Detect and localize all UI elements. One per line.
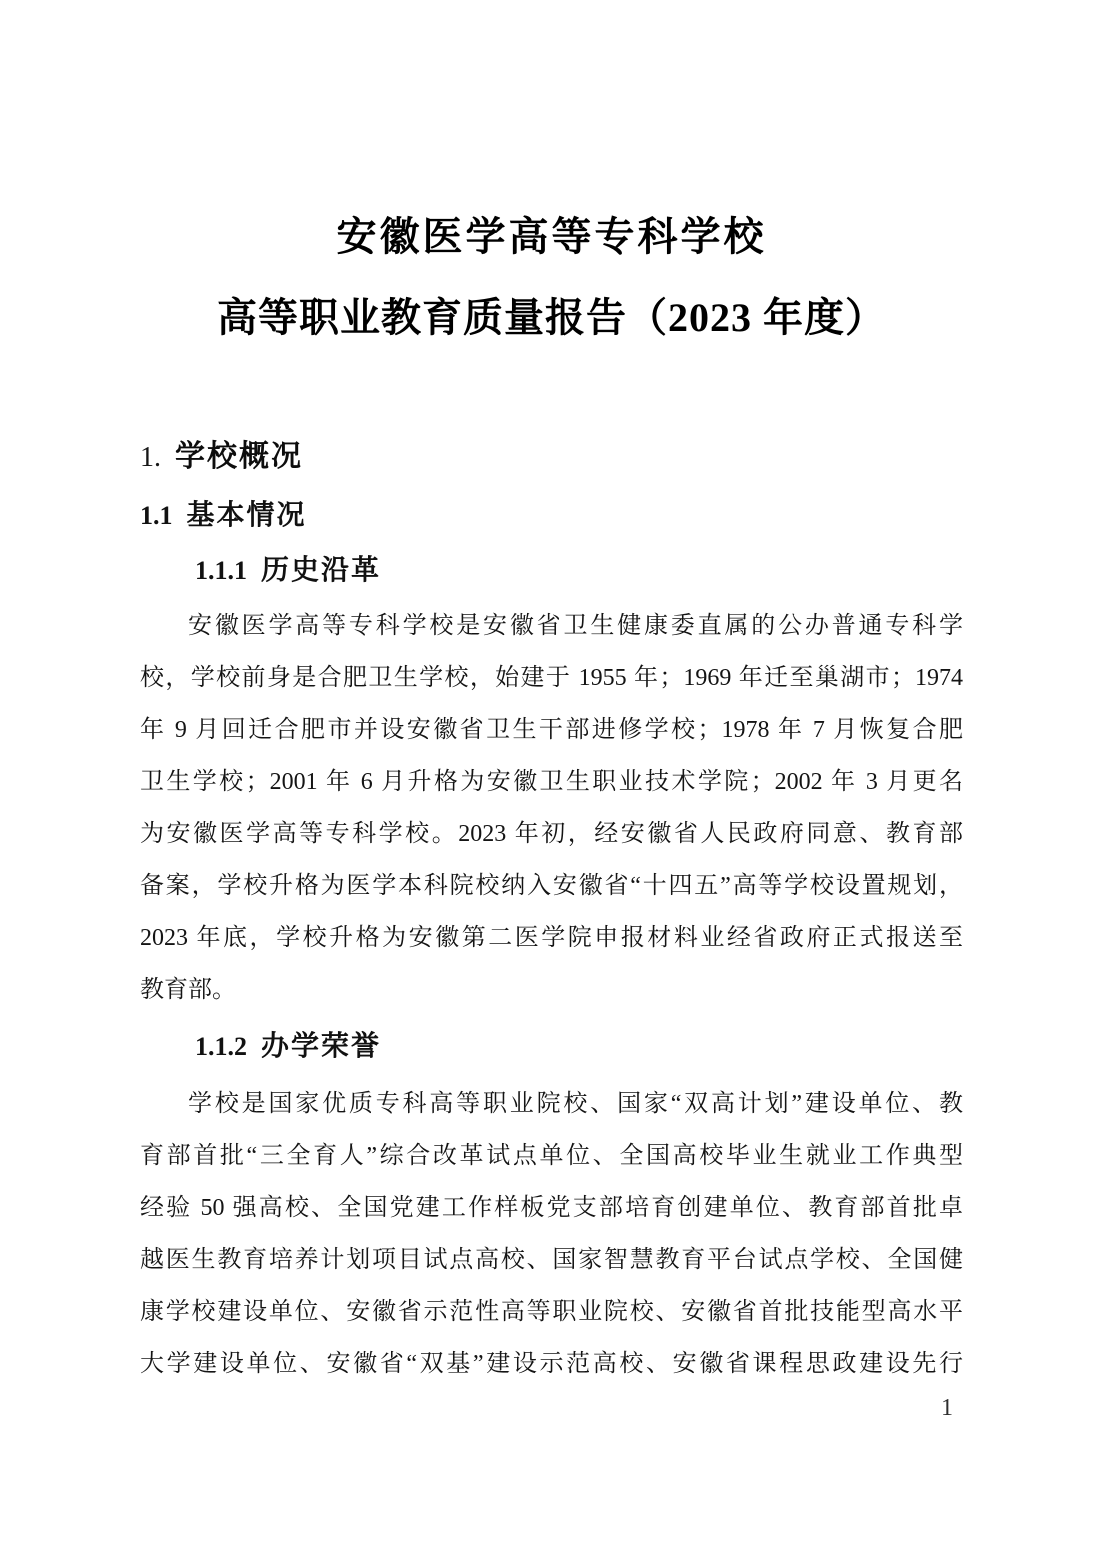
- paragraph-line: 大学建设单位、安徽省“双基”建设示范高校、安徽省课程思政建设先行: [140, 1338, 963, 1390]
- paragraph-line: 2023 年底，学校升格为安徽第二医学院申报材料业经省政府正式报送至: [140, 912, 963, 964]
- paragraph-line: 育部首批“三全育人”综合改革试点单位、全国高校毕业生就业工作典型: [140, 1130, 963, 1182]
- document-page: 安徽医学高等专科学校 高等职业教育质量报告（2023 年度） 1.学校概况 1.…: [0, 0, 1102, 1559]
- page-number: 1: [941, 1393, 953, 1423]
- paragraph-line: 越医生教育培养计划项目试点高校、国家智慧教育平台试点学校、全国健: [140, 1234, 963, 1286]
- heading-text: 基本情况: [187, 500, 307, 531]
- paragraph-line: 年 9 月回迁合肥市并设安徽省卫生干部进修学校；1978 年 7 月恢复合肥: [140, 704, 963, 756]
- paragraph-honors: 学校是国家优质专科高等职业院校、国家“双高计划”建设单位、教育部首批“三全育人”…: [140, 1078, 963, 1390]
- paragraph-line: 备案，学校升格为医学本科院校纳入安徽省“十四五”高等学校设置规划，: [140, 860, 963, 912]
- heading-number: 1.1.2: [195, 1032, 247, 1061]
- heading-number: 1.: [140, 442, 161, 473]
- paragraph-line: 经验 50 强高校、全国党建工作样板党支部培育创建单位、教育部首批卓: [140, 1182, 963, 1234]
- heading-text: 学校概况: [175, 440, 303, 473]
- paragraph-line: 教育部。: [140, 964, 963, 1016]
- paragraph-line: 卫生学校；2001 年 6 月升格为安徽卫生职业技术学院；2002 年 3 月更…: [140, 756, 963, 808]
- title-line-2: 高等职业教育质量报告（2023 年度）: [140, 293, 963, 343]
- paragraph-line: 学校是国家优质专科高等职业院校、国家“双高计划”建设单位、教: [140, 1078, 963, 1130]
- paragraph-line: 安徽医学高等专科学校是安徽省卫生健康委直属的公办普通专科学: [140, 600, 963, 652]
- heading-number: 1.1.1: [195, 556, 247, 585]
- heading-honors: 1.1.2办学荣誉: [140, 1028, 963, 1070]
- paragraph-line: 康学校建设单位、安徽省示范性高等职业院校、安徽省首批技能型高水平: [140, 1286, 963, 1338]
- heading-basic-situation: 1.1基本情况: [140, 498, 963, 538]
- heading-number: 1.1: [140, 501, 173, 530]
- heading-history: 1.1.1历史沿革: [140, 552, 963, 594]
- heading-school-overview: 1.学校概况: [140, 437, 963, 482]
- paragraph-line: 为安徽医学高等专科学校。2023 年初，经安徽省人民政府同意、教育部: [140, 808, 963, 860]
- document-title: 安徽医学高等专科学校 高等职业教育质量报告（2023 年度）: [140, 213, 963, 343]
- paragraph-line: 校，学校前身是合肥卫生学校，始建于 1955 年；1969 年迁至巢湖市；197…: [140, 652, 963, 704]
- heading-text: 办学荣誉: [261, 1031, 381, 1062]
- paragraph-history: 安徽医学高等专科学校是安徽省卫生健康委直属的公办普通专科学校，学校前身是合肥卫生…: [140, 600, 963, 1016]
- title-line-1: 安徽医学高等专科学校: [140, 213, 963, 261]
- heading-text: 历史沿革: [261, 555, 381, 586]
